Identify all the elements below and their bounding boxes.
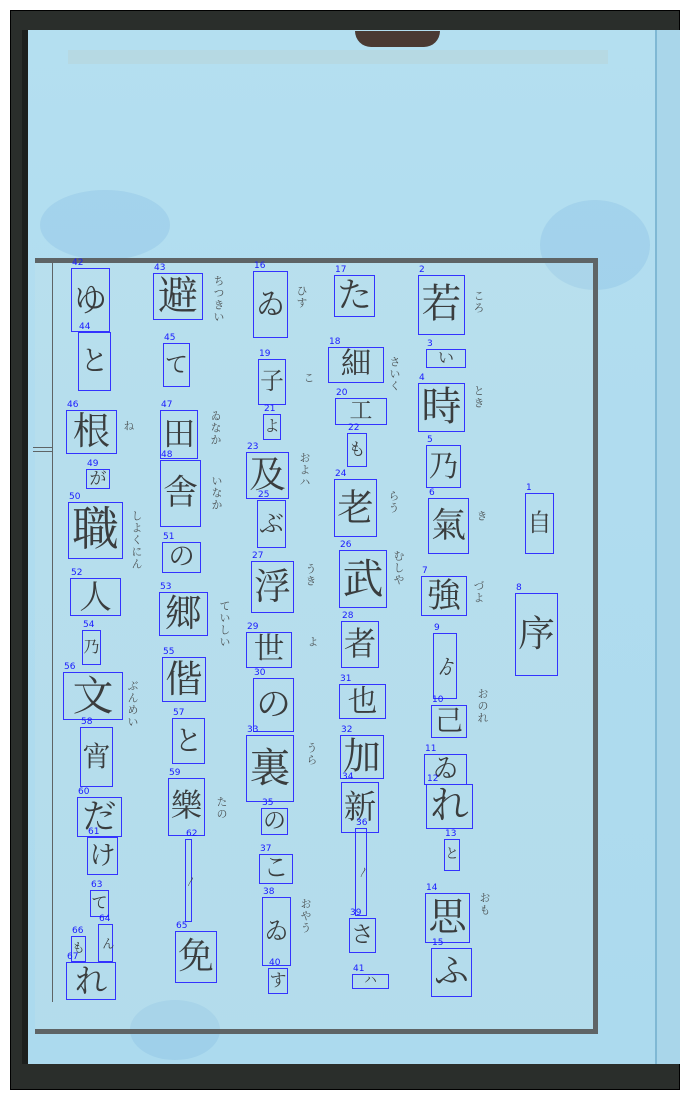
character-box[interactable]: 49が [86, 469, 110, 489]
character-glyph: 子 [260, 370, 284, 394]
character-box[interactable]: 14思 [425, 893, 470, 943]
character-glyph: す [270, 973, 287, 990]
character-glyph: さ [351, 924, 374, 947]
furigana-reading: づよ [470, 580, 486, 604]
character-index-label: 34 [342, 773, 353, 782]
character-box[interactable]: 63て [90, 890, 109, 917]
character-box[interactable]: 20工 [335, 398, 387, 425]
character-index-label: 4 [419, 374, 425, 383]
character-index-label: 13 [445, 830, 456, 839]
character-box[interactable]: 45て [163, 343, 190, 387]
furigana-reading: おやう [297, 898, 313, 934]
character-glyph: ゐ [256, 290, 286, 320]
character-index-label: 44 [79, 323, 90, 332]
character-glyph: も [349, 442, 366, 459]
character-box[interactable]: 67れ [66, 962, 116, 1000]
character-glyph: ハ [364, 975, 377, 988]
character-box[interactable]: 37こ [259, 854, 293, 884]
character-index-label: 3 [427, 340, 433, 349]
character-box[interactable]: 21よ [263, 414, 281, 440]
character-box[interactable]: 51の [162, 542, 201, 573]
furigana-reading: ころ [470, 290, 486, 314]
character-index-label: 33 [247, 726, 258, 735]
character-box[interactable]: 27浮 [251, 561, 294, 613]
page-top-edge [68, 50, 608, 64]
character-glyph: 也 [348, 687, 378, 717]
character-glyph: 郷 [165, 595, 202, 632]
character-box[interactable]: 35の [261, 808, 288, 835]
ink-stain [355, 31, 440, 47]
character-glyph: け [89, 843, 115, 869]
character-index-label: 15 [432, 939, 443, 948]
character-index-label: 5 [427, 436, 433, 445]
character-index-label: 40 [269, 959, 280, 968]
character-box[interactable]: 10己 [431, 705, 467, 738]
furigana-reading: おのれ [474, 688, 490, 724]
character-box[interactable]: 46根 [66, 410, 117, 454]
furigana-reading: ひす [293, 285, 309, 309]
character-box[interactable]: 31也 [339, 684, 386, 719]
character-index-label: 8 [516, 584, 522, 593]
character-box[interactable]: 56文 [63, 672, 123, 720]
character-glyph: 工 [350, 400, 373, 423]
character-index-label: 19 [259, 350, 270, 359]
character-glyph: 文 [73, 676, 114, 717]
character-glyph: 若 [422, 285, 462, 325]
character-box[interactable]: 9ゟ [433, 633, 457, 699]
furigana-reading: うき [302, 563, 318, 587]
character-glyph: 序 [518, 616, 555, 653]
furigana-reading: さいく [386, 356, 402, 392]
character-glyph: て [165, 354, 188, 377]
character-box[interactable]: 48舎 [160, 460, 201, 527]
furigana-reading: いなか [208, 475, 224, 511]
character-glyph: の [168, 544, 194, 570]
character-index-label: 6 [429, 489, 435, 498]
character-glyph: 免 [178, 939, 214, 975]
character-glyph: 舎 [163, 476, 198, 511]
character-glyph: と [445, 848, 459, 862]
character-index-label: 9 [434, 624, 440, 633]
character-glyph: 浮 [254, 569, 291, 606]
character-index-label: 64 [99, 915, 110, 924]
character-index-label: 57 [173, 709, 184, 718]
character-index-label: 27 [252, 552, 263, 561]
furigana-reading: およハ [296, 452, 312, 488]
character-box[interactable]: 1自 [525, 493, 554, 554]
character-index-label: 60 [78, 788, 89, 797]
character-glyph: 加 [343, 738, 380, 775]
furigana-reading: こ [300, 372, 316, 384]
character-box[interactable]: 58宵 [80, 727, 113, 787]
furigana-reading: き [473, 510, 489, 522]
character-index-label: 46 [67, 401, 78, 410]
water-stain [40, 190, 170, 260]
character-glyph: 職 [72, 507, 119, 554]
frame-tick-mark [33, 447, 53, 448]
character-index-label: 35 [262, 799, 273, 808]
character-glyph: ん [99, 937, 112, 950]
character-box[interactable]: 55偕 [162, 657, 206, 702]
character-glyph: よ [264, 419, 279, 434]
character-glyph: 偕 [165, 661, 202, 698]
character-box[interactable]: 59樂 [168, 778, 205, 836]
character-box[interactable]: 16ゐ [253, 271, 288, 338]
character-glyph: れ [75, 965, 107, 997]
character-index-label: 22 [348, 424, 359, 433]
character-index-label: 1 [526, 484, 532, 493]
character-index-label: 24 [335, 470, 346, 479]
character-index-label: 59 [169, 769, 180, 778]
character-box[interactable]: 62〳 [185, 839, 192, 922]
character-box[interactable]: 57と [172, 718, 205, 764]
character-index-label: 12 [427, 775, 438, 784]
furigana-reading: よ [304, 636, 320, 648]
character-box[interactable]: 2若 [418, 275, 465, 335]
character-box[interactable]: 39さ [349, 918, 376, 953]
character-glyph: 〳 [184, 876, 194, 886]
character-index-label: 38 [263, 888, 274, 897]
character-box[interactable]: 40す [268, 968, 288, 994]
character-box[interactable]: 38ゐ [262, 897, 291, 966]
character-box[interactable]: 3い [426, 349, 466, 368]
character-box[interactable]: 61け [87, 837, 118, 875]
character-index-label: 23 [247, 443, 258, 452]
character-index-label: 14 [426, 884, 437, 893]
character-box[interactable]: 42ゆ [71, 268, 110, 332]
furigana-reading: おも [476, 892, 492, 916]
character-glyph: の [256, 688, 291, 723]
character-glyph: 自 [527, 511, 552, 536]
character-box[interactable]: 41ハ [352, 974, 389, 989]
character-index-label: 39 [350, 909, 361, 918]
character-index-label: 66 [72, 927, 83, 936]
character-box[interactable]: 53郷 [159, 592, 208, 636]
character-glyph: ゐ [264, 919, 289, 944]
character-index-label: 10 [432, 696, 443, 705]
character-box[interactable]: 60だ [77, 797, 122, 837]
character-index-label: 47 [161, 401, 172, 410]
character-index-label: 61 [88, 828, 99, 837]
character-box[interactable]: 24老 [334, 479, 377, 537]
character-box[interactable]: 22も [347, 433, 367, 467]
character-glyph: の [263, 810, 286, 833]
character-index-label: 17 [335, 266, 346, 275]
frame-inner-rule [52, 262, 53, 1002]
character-glyph: 氣 [431, 509, 466, 544]
character-index-label: 53 [160, 583, 171, 592]
character-box[interactable]: 43避 [153, 273, 203, 320]
character-index-label: 30 [254, 669, 265, 678]
character-index-label: 49 [87, 460, 98, 469]
character-box[interactable]: 8序 [515, 593, 558, 676]
character-glyph: 世 [254, 635, 285, 666]
character-glyph: こ [263, 856, 289, 882]
character-glyph: て [91, 895, 107, 911]
furigana-reading: とき [470, 385, 486, 409]
character-glyph: 乃 [429, 452, 459, 482]
furigana-reading: むしや [390, 550, 406, 586]
furigana-reading: ていしい [216, 600, 232, 648]
character-index-label: 31 [340, 675, 351, 684]
character-glyph: 己 [435, 707, 463, 735]
furigana-reading: ちつきい [210, 275, 226, 323]
character-box[interactable]: 65免 [175, 931, 217, 983]
character-glyph: ぶ [259, 512, 284, 537]
character-index-label: 45 [164, 334, 175, 343]
character-index-label: 54 [83, 621, 94, 630]
character-index-label: 52 [71, 569, 82, 578]
character-index-label: 55 [163, 648, 174, 657]
character-glyph: 思 [428, 899, 466, 937]
character-index-label: 58 [81, 718, 92, 727]
character-glyph: 老 [337, 490, 374, 527]
furigana-reading: しよくにん [128, 510, 144, 570]
character-glyph: 強 [427, 579, 461, 613]
character-index-label: 18 [329, 338, 340, 347]
character-box[interactable]: 29世 [246, 632, 292, 668]
furigana-reading: らう [385, 490, 401, 514]
character-index-label: 63 [91, 881, 102, 890]
character-glyph: れ [430, 787, 468, 825]
furigana-reading: ね [120, 420, 136, 432]
character-box[interactable]: 13と [444, 839, 460, 871]
character-glyph: 裏 [250, 748, 291, 789]
character-glyph: ゆ [74, 283, 107, 316]
furigana-reading: たの [213, 796, 229, 820]
character-glyph: ゟ [435, 656, 455, 676]
character-box[interactable]: 30の [253, 678, 294, 732]
character-box[interactable]: 64ん [98, 924, 113, 962]
furigana-reading: うら [303, 742, 319, 766]
character-index-label: 50 [69, 493, 80, 502]
character-box[interactable]: 36〳 [355, 828, 367, 916]
character-box[interactable]: 33裏 [246, 735, 294, 802]
character-glyph: た [337, 279, 372, 314]
character-glyph: 武 [343, 559, 384, 600]
frame-tick-mark [33, 451, 53, 452]
character-box[interactable]: 18細 [328, 347, 384, 383]
character-glyph: 避 [158, 277, 198, 317]
character-glyph: 宵 [82, 743, 110, 771]
character-index-label: 28 [342, 612, 353, 621]
character-box[interactable]: 19子 [258, 359, 286, 405]
character-box[interactable]: 6氣 [428, 498, 469, 554]
character-index-label: 29 [247, 623, 258, 632]
character-box[interactable]: 4時 [418, 383, 465, 432]
character-index-label: 37 [260, 845, 271, 854]
character-glyph: 細 [341, 350, 372, 381]
character-index-label: 42 [72, 259, 83, 268]
character-index-label: 67 [67, 953, 78, 962]
character-box[interactable]: 52人 [70, 578, 121, 616]
character-box[interactable]: 17た [334, 275, 375, 317]
character-index-label: 51 [163, 533, 174, 542]
character-index-label: 41 [353, 965, 364, 974]
character-index-label: 43 [154, 264, 165, 273]
character-glyph: 根 [73, 413, 110, 450]
character-glyph: い [438, 350, 454, 366]
character-box[interactable]: 12れ [426, 784, 473, 829]
character-box[interactable]: 28者 [341, 621, 379, 668]
character-box[interactable]: 5乃 [426, 445, 461, 488]
character-glyph: ふ [434, 955, 469, 990]
character-index-label: 62 [186, 830, 197, 839]
character-glyph: 及 [249, 457, 286, 494]
character-box[interactable]: 44と [78, 332, 111, 391]
character-glyph: 樂 [171, 791, 202, 822]
character-glyph: 田 [163, 418, 195, 450]
adjacent-page-edge [655, 30, 680, 1064]
character-glyph: 人 [79, 581, 111, 613]
character-glyph: 〳 [356, 867, 366, 877]
character-index-label: 48 [161, 451, 172, 460]
character-index-label: 26 [340, 541, 351, 550]
furigana-reading: ゐなか [207, 410, 223, 446]
character-index-label: 32 [341, 726, 352, 735]
character-index-label: 11 [425, 745, 436, 754]
character-glyph: 者 [344, 628, 376, 660]
character-index-label: 65 [176, 922, 187, 931]
character-box[interactable]: 15ふ [431, 948, 472, 997]
character-glyph: 時 [422, 388, 462, 428]
character-glyph: 乃 [83, 639, 99, 655]
character-glyph: と [80, 347, 108, 375]
character-glyph: と [174, 727, 202, 755]
character-index-label: 56 [64, 663, 75, 672]
character-index-label: 2 [419, 266, 425, 275]
character-box[interactable]: 26武 [339, 550, 387, 608]
character-box[interactable]: 50職 [68, 502, 123, 559]
character-glyph: が [90, 471, 107, 488]
character-index-label: 16 [254, 262, 265, 271]
character-index-label: 21 [264, 405, 275, 414]
furigana-reading: ぶんめい [124, 680, 140, 728]
character-index-label: 25 [258, 491, 269, 500]
character-box[interactable]: 25ぶ [257, 500, 286, 548]
character-index-label: 7 [422, 567, 428, 576]
character-index-label: 20 [336, 389, 347, 398]
character-box[interactable]: 7強 [421, 576, 467, 616]
character-box[interactable]: 54乃 [82, 630, 101, 665]
character-index-label: 36 [356, 819, 367, 828]
